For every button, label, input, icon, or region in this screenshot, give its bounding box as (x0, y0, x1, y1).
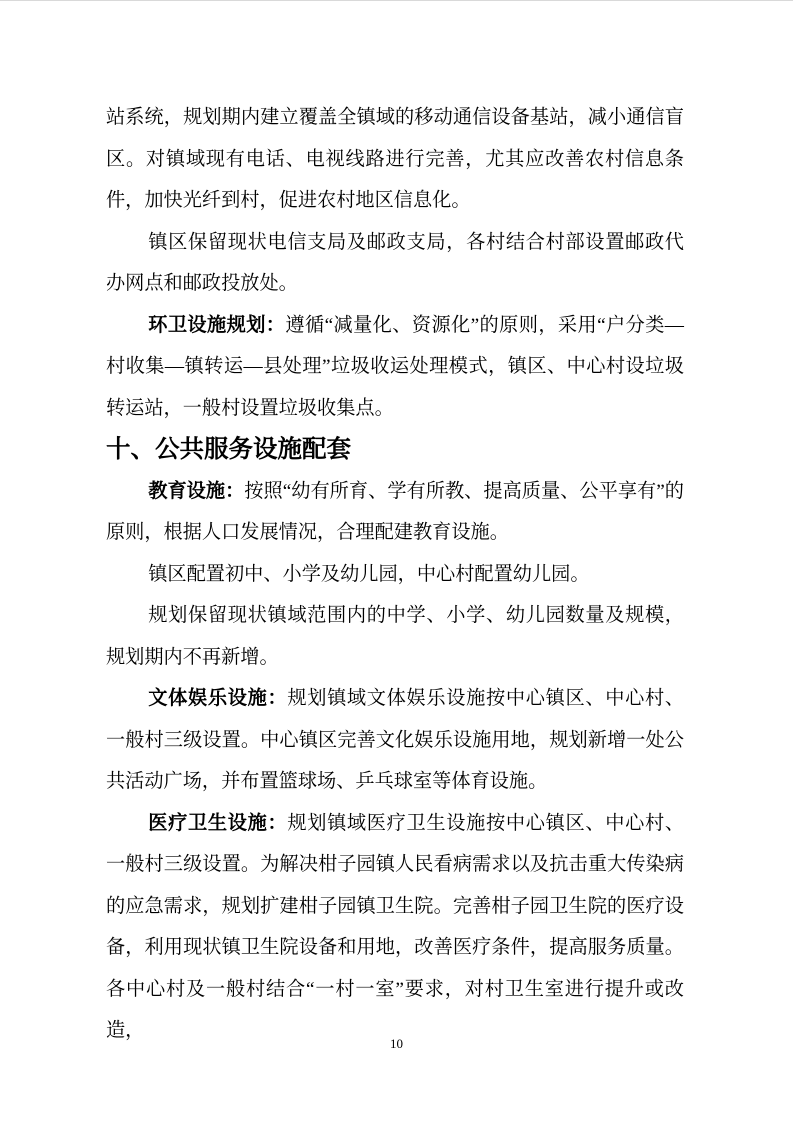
culture-sports-label: 文体娱乐设施： (148, 688, 287, 709)
paragraph-medical-health-facilities: 医疗卫生设施：规划镇域医疗卫生设施按中心镇区、中心村、一般村三级设置。为解决柑子… (106, 803, 684, 1052)
document-page: 站系统，规划期内建立覆盖全镇域的移动通信设备基站，减小通信盲区。对镇域现有电话、… (0, 0, 793, 1122)
paragraph-education-facilities: 教育设施：按照“幼有所育、学有所教、提高质量、公平享有”的原则，根据人口发展情况… (106, 471, 684, 554)
medical-health-text: 规划镇域医疗卫生设施按中心镇区、中心村、一般村三级设置。为解决柑子园镇人民看病需… (106, 813, 684, 1042)
section-heading-public-services: 十、公共服务设施配套 (106, 429, 684, 471)
paragraph-culture-sports-facilities: 文体娱乐设施：规划镇域文体娱乐设施按中心镇区、中心村、一般村三级设置。中心镇区完… (106, 678, 684, 803)
sanitation-plan-label: 环卫设施规划： (148, 315, 285, 336)
paragraph-postal-facilities: 镇区保留现状电信支局及邮政支局，各村结合村部设置邮政代办网点和邮政投放处。 (106, 222, 684, 305)
medical-health-label: 医疗卫生设施： (148, 813, 287, 834)
education-facilities-label: 教育设施： (148, 481, 244, 502)
paragraph-education-allocation: 镇区配置初中、小学及幼儿园，中心村配置幼儿园。 (106, 554, 684, 596)
page-top-edge-line (0, 0, 793, 1)
paragraph-education-retention: 规划保留现状镇域范围内的中学、小学、幼儿园数量及规模，规划期内不再新增。 (106, 595, 684, 678)
page-number: 10 (0, 1036, 793, 1052)
paragraph-sanitation-plan: 环卫设施规划：遵循“减量化、资源化”的原则，采用“户分类—村收集—镇转运—县处理… (106, 305, 684, 430)
paragraph-telecom-continuation: 站系统，规划期内建立覆盖全镇域的移动通信设备基站，减小通信盲区。对镇域现有电话、… (106, 97, 684, 222)
page-content: 站系统，规划期内建立覆盖全镇域的移动通信设备基站，减小通信盲区。对镇域现有电话、… (106, 97, 684, 1052)
